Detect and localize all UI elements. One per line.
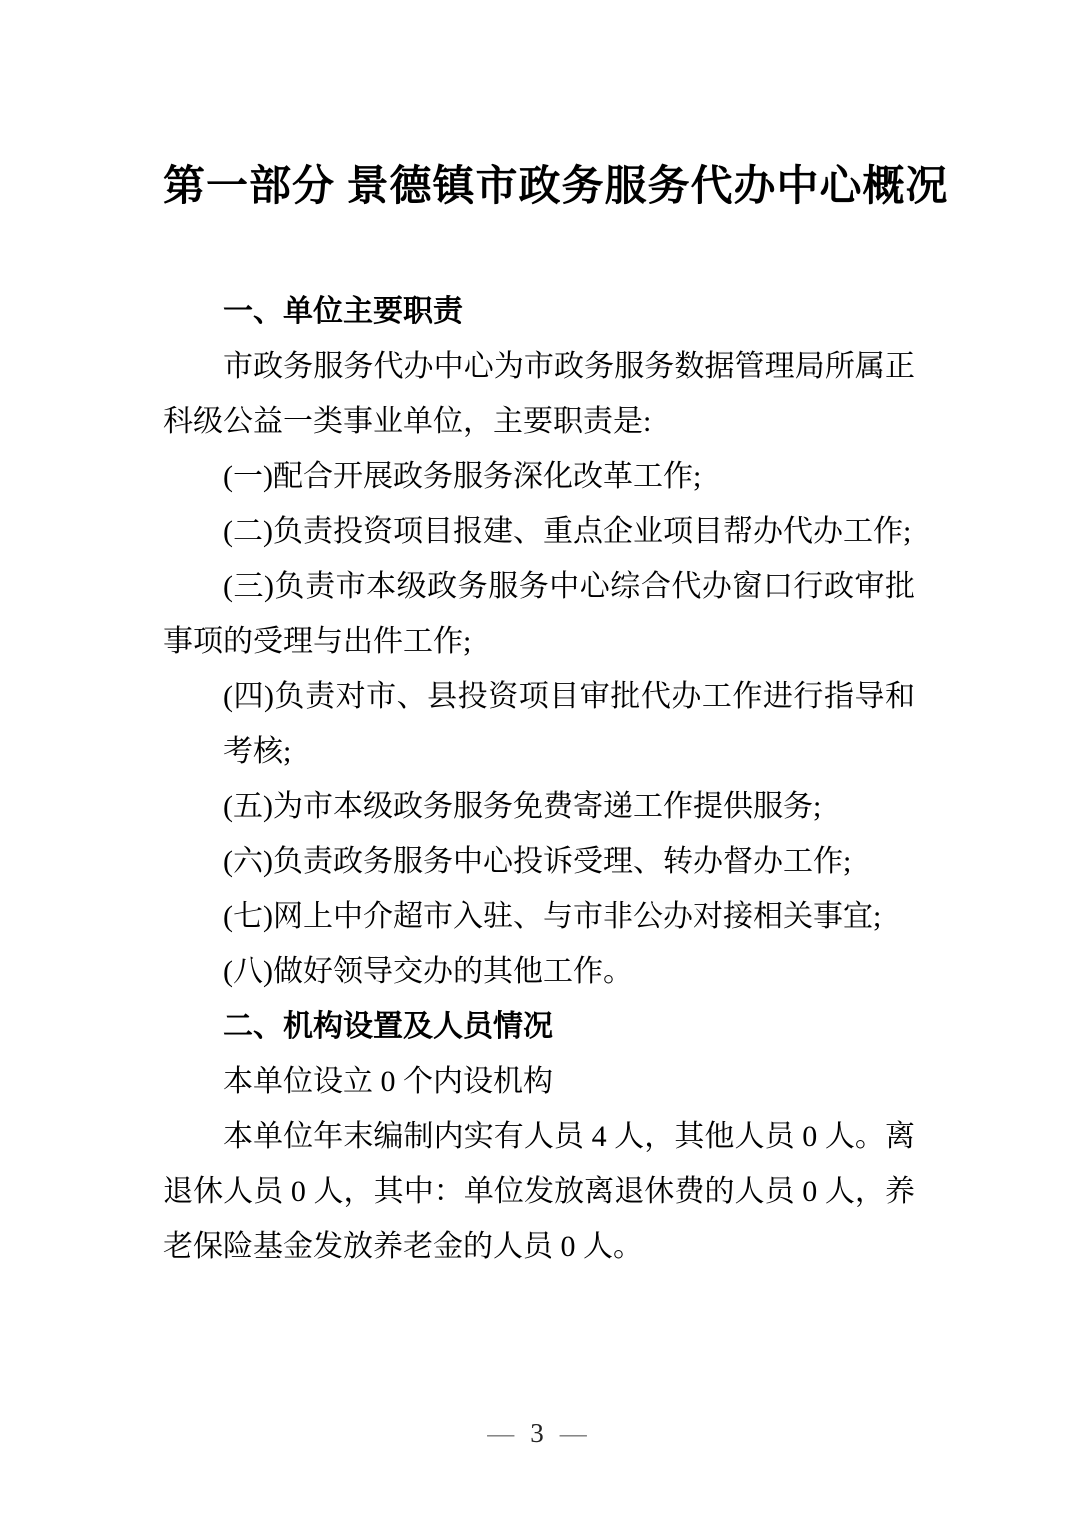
page-footer: —3—: [0, 1418, 1074, 1448]
duty-item-1: (一)配合开展政务服务深化改革工作;: [163, 449, 915, 504]
duty-item-5: (五)为市本级政务服务免费寄递工作提供服务;: [163, 779, 915, 834]
section-2-paragraph-1: 本单位设立 0 个内设机构: [163, 1054, 915, 1109]
duty-item-6: (六)负责政务服务中心投诉受理、转办督办工作;: [163, 834, 915, 889]
duty-item-8: (八)做好领导交办的其他工作。: [163, 944, 915, 999]
duty-item-2: (二)负责投资项目报建、重点企业项目帮办代办工作;: [163, 504, 915, 559]
duty-item-4: (四)负责对市、县投资项目审批代办工作进行指导和考核;: [163, 669, 915, 779]
document-title: 第一部分 景德镇市政务服务代办中心概况: [163, 156, 915, 218]
document-content: 第一部分 景德镇市政务服务代办中心概况 一、单位主要职责 市政务服务代办中心为市…: [163, 0, 915, 1274]
duty-item-3: (三)负责市本级政务服务中心综合代办窗口行政审批事项的受理与出件工作;: [163, 559, 915, 669]
footer-right-dash: —: [560, 1418, 587, 1448]
document-page: 第一部分 景德镇市政务服务代办中心概况 一、单位主要职责 市政务服务代办中心为市…: [0, 0, 1074, 1520]
section-2-heading: 二、机构设置及人员情况: [163, 999, 915, 1054]
duty-item-7: (七)网上中介超市入驻、与市非公办对接相关事宜;: [163, 889, 915, 944]
section-1-heading: 一、单位主要职责: [163, 284, 915, 339]
section-1-intro-paragraph: 市政务服务代办中心为市政务服务数据管理局所属正科级公益一类事业单位，主要职责是:: [163, 339, 915, 449]
footer-left-dash: —: [487, 1418, 514, 1448]
page-number: 3: [530, 1418, 544, 1448]
section-2-paragraph-2: 本单位年末编制内实有人员 4 人，其他人员 0 人。离退休人员 0 人，其中：单…: [163, 1109, 915, 1274]
